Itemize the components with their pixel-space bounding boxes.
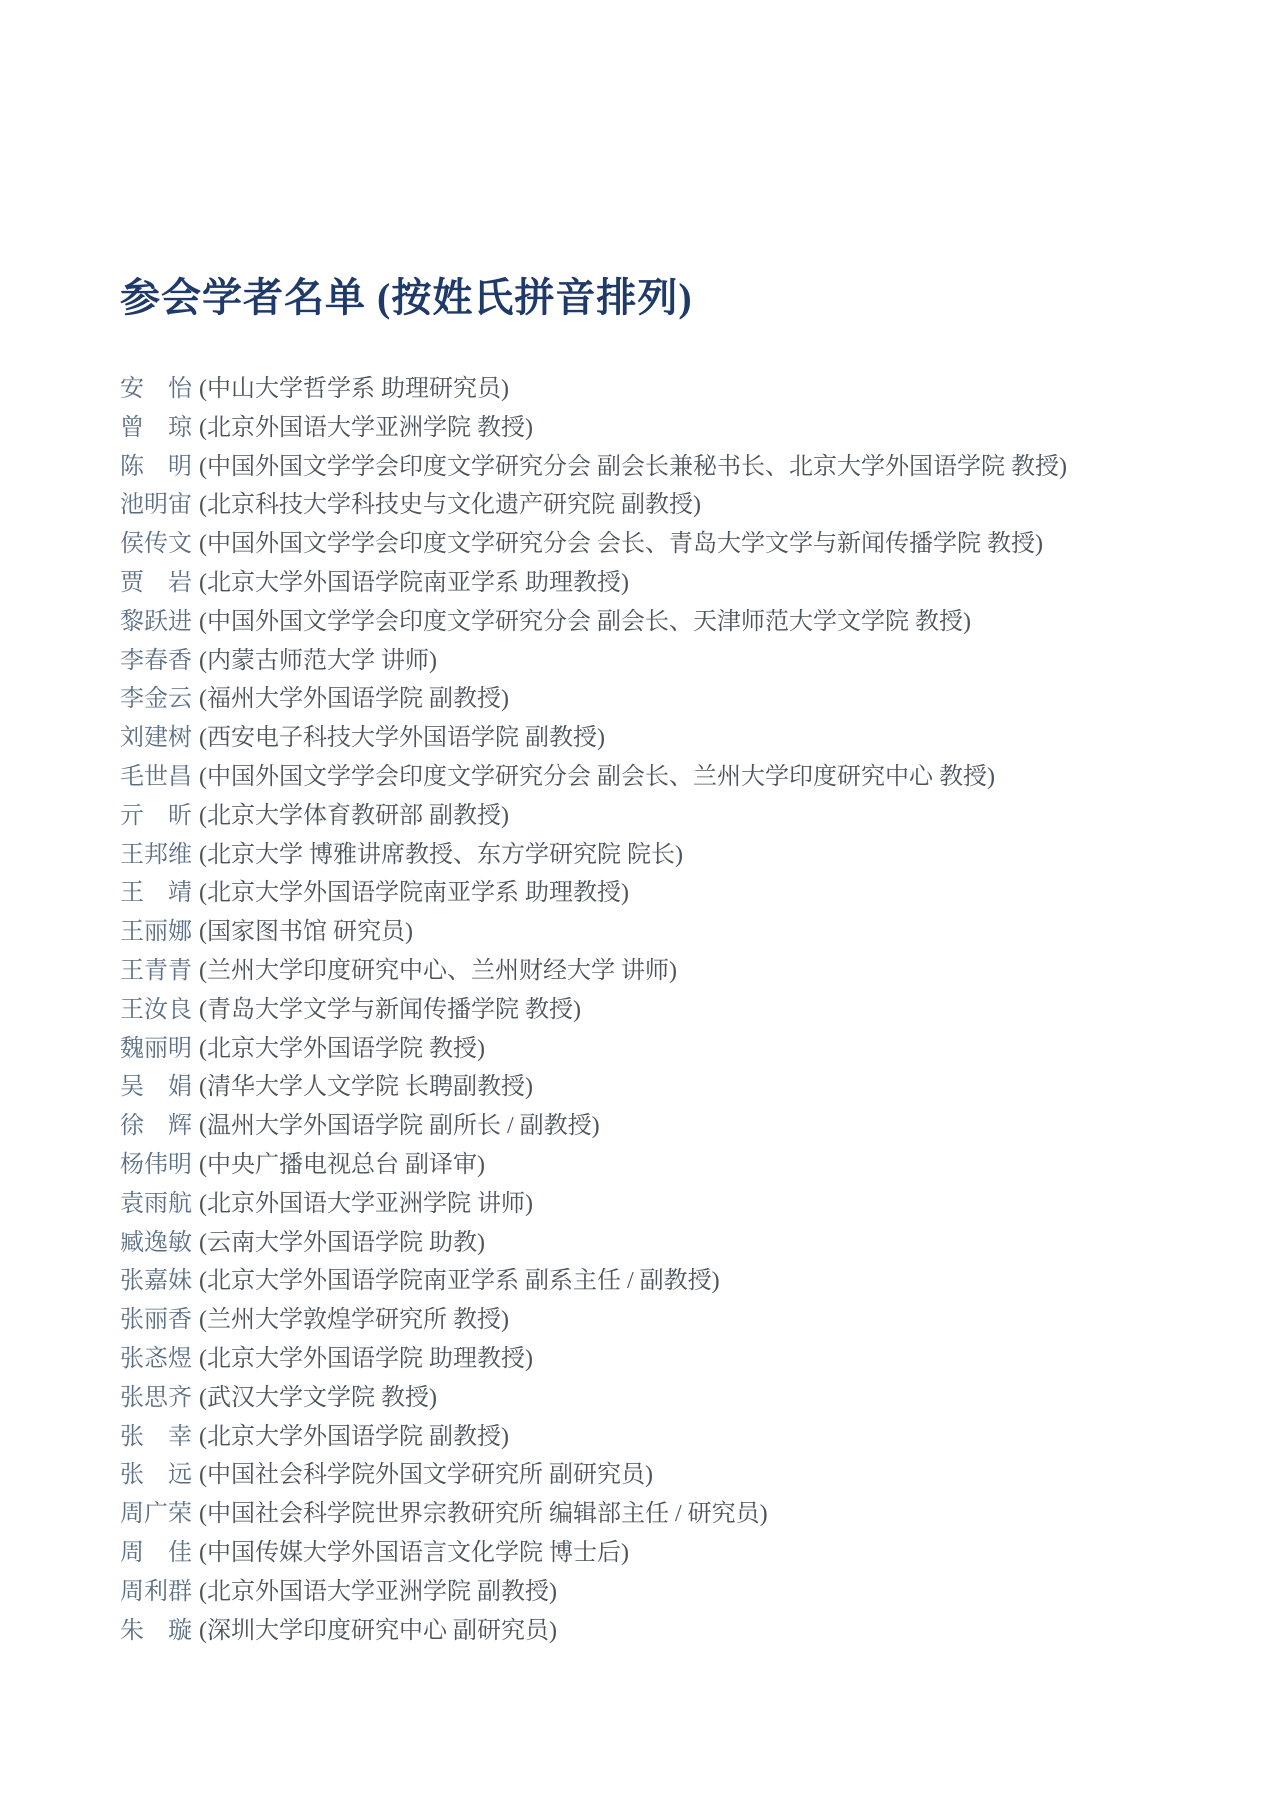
scholar-name: 王汝良 xyxy=(120,991,192,1030)
scholar-name: 王 靖 xyxy=(120,874,192,913)
list-item: 吴 娟(清华大学人文学院 长聘副教授) xyxy=(120,1068,1200,1107)
scholar-affiliation: (国家图书馆 研究员) xyxy=(199,919,413,945)
list-item: 刘建树(西安电子科技大学外国语学院 副教授) xyxy=(120,719,1200,758)
list-item: 王邦维(北京大学 博雅讲席教授、东方学研究院 院长) xyxy=(120,836,1200,875)
scholar-affiliation: (兰州大学敦煌学研究所 教授) xyxy=(199,1307,509,1333)
scholar-affiliation: (中国社会科学院外国文学研究所 副研究员) xyxy=(199,1462,653,1488)
scholar-name: 周 佳 xyxy=(120,1534,192,1573)
list-item: 王丽娜(国家图书馆 研究员) xyxy=(120,913,1200,952)
list-item: 安 怡(中山大学哲学系 助理研究员) xyxy=(120,370,1200,409)
list-item: 李金云(福州大学外国语学院 副教授) xyxy=(120,680,1200,719)
scholar-affiliation: (中山大学哲学系 助理研究员) xyxy=(199,376,509,402)
list-item: 杨伟明(中央广播电视总台 副译审) xyxy=(120,1146,1200,1185)
scholar-affiliation: (中国传媒大学外国语言文化学院 博士后) xyxy=(199,1540,629,1566)
list-item: 侯传文(中国外国文学学会印度文学研究分会 会长、青岛大学文学与新闻传播学院 教授… xyxy=(120,525,1200,564)
list-item: 张丽香(兰州大学敦煌学研究所 教授) xyxy=(120,1301,1200,1340)
scholar-affiliation: (中央广播电视总台 副译审) xyxy=(199,1152,485,1178)
scholar-name: 陈 明 xyxy=(120,448,192,487)
scholar-affiliation: (北京大学外国语学院南亚学系 助理教授) xyxy=(199,880,629,906)
scholar-affiliation: (清华大学人文学院 长聘副教授) xyxy=(199,1074,533,1100)
list-item: 亓 昕(北京大学体育教研部 副教授) xyxy=(120,797,1200,836)
scholar-name: 侯传文 xyxy=(120,525,192,564)
scholar-affiliation: (云南大学外国语学院 助教) xyxy=(199,1230,485,1256)
scholar-name: 徐 辉 xyxy=(120,1107,192,1146)
scholar-affiliation: (内蒙古师范大学 讲师) xyxy=(199,648,437,674)
scholar-name: 王丽娜 xyxy=(120,913,192,952)
list-item: 朱 璇(深圳大学印度研究中心 副研究员) xyxy=(120,1612,1200,1651)
page-title: 参会学者名单 (按姓氏拼音排列) xyxy=(120,272,693,324)
document-page: 参会学者名单 (按姓氏拼音排列) 安 怡(中山大学哲学系 助理研究员)曾 琼(北… xyxy=(0,0,1280,1810)
scholar-affiliation: (西安电子科技大学外国语学院 副教授) xyxy=(199,725,605,751)
scholar-name: 臧逸敏 xyxy=(120,1224,192,1263)
list-item: 王汝良(青岛大学文学与新闻传播学院 教授) xyxy=(120,991,1200,1030)
scholar-affiliation: (中国外国文学学会印度文学研究分会 副会长、兰州大学印度研究中心 教授) xyxy=(199,764,995,790)
scholar-list: 安 怡(中山大学哲学系 助理研究员)曾 琼(北京外国语大学亚洲学院 教授)陈 明… xyxy=(120,370,1200,1650)
scholar-name: 贾 岩 xyxy=(120,564,192,603)
scholar-affiliation: (福州大学外国语学院 副教授) xyxy=(199,686,509,712)
scholar-name: 周利群 xyxy=(120,1573,192,1612)
scholar-affiliation: (中国外国文学学会印度文学研究分会 副会长、天津师范大学文学院 教授) xyxy=(199,609,971,635)
scholar-name: 安 怡 xyxy=(120,370,192,409)
scholar-affiliation: (中国外国文学学会印度文学研究分会 副会长兼秘书长、北京大学外国语学院 教授) xyxy=(199,454,1067,480)
list-item: 张忞煜(北京大学外国语学院 助理教授) xyxy=(120,1340,1200,1379)
scholar-name: 吴 娟 xyxy=(120,1068,192,1107)
scholar-name: 杨伟明 xyxy=(120,1146,192,1185)
scholar-name: 朱 璇 xyxy=(120,1612,192,1651)
scholar-name: 曾 琼 xyxy=(120,409,192,448)
scholar-name: 黎跃进 xyxy=(120,603,192,642)
scholar-affiliation: (温州大学外国语学院 副所长 / 副教授) xyxy=(199,1113,600,1139)
list-item: 李春香(内蒙古师范大学 讲师) xyxy=(120,642,1200,681)
scholar-name: 张思齐 xyxy=(120,1379,192,1418)
scholar-affiliation: (北京外国语大学亚洲学院 讲师) xyxy=(199,1191,533,1217)
list-item: 曾 琼(北京外国语大学亚洲学院 教授) xyxy=(120,409,1200,448)
scholar-name: 袁雨航 xyxy=(120,1185,192,1224)
scholar-name: 王邦维 xyxy=(120,836,192,875)
scholar-affiliation: (中国社会科学院世界宗教研究所 编辑部主任 / 研究员) xyxy=(199,1501,768,1527)
list-item: 周 佳(中国传媒大学外国语言文化学院 博士后) xyxy=(120,1534,1200,1573)
scholar-name: 张 远 xyxy=(120,1456,192,1495)
scholar-affiliation: (北京大学外国语学院南亚学系 副系主任 / 副教授) xyxy=(199,1268,720,1294)
list-item: 贾 岩(北京大学外国语学院南亚学系 助理教授) xyxy=(120,564,1200,603)
scholar-affiliation: (北京大学 博雅讲席教授、东方学研究院 院长) xyxy=(199,842,683,868)
list-item: 张思齐(武汉大学文学院 教授) xyxy=(120,1379,1200,1418)
list-item: 王青青(兰州大学印度研究中心、兰州财经大学 讲师) xyxy=(120,952,1200,991)
list-item: 王 靖(北京大学外国语学院南亚学系 助理教授) xyxy=(120,874,1200,913)
scholar-affiliation: (北京大学外国语学院 助理教授) xyxy=(199,1346,533,1372)
scholar-name: 毛世昌 xyxy=(120,758,192,797)
scholar-affiliation: (北京科技大学科技史与文化遗产研究院 副教授) xyxy=(199,492,701,518)
scholar-name: 亓 昕 xyxy=(120,797,192,836)
list-item: 周利群(北京外国语大学亚洲学院 副教授) xyxy=(120,1573,1200,1612)
list-item: 徐 辉(温州大学外国语学院 副所长 / 副教授) xyxy=(120,1107,1200,1146)
list-item: 魏丽明(北京大学外国语学院 教授) xyxy=(120,1030,1200,1069)
list-item: 张 幸(北京大学外国语学院 副教授) xyxy=(120,1418,1200,1457)
scholar-name: 周广荣 xyxy=(120,1495,192,1534)
scholar-name: 张忞煜 xyxy=(120,1340,192,1379)
scholar-affiliation: (中国外国文学学会印度文学研究分会 会长、青岛大学文学与新闻传播学院 教授) xyxy=(199,531,1043,557)
scholar-name: 王青青 xyxy=(120,952,192,991)
scholar-affiliation: (北京外国语大学亚洲学院 副教授) xyxy=(199,1579,557,1605)
list-item: 张嘉妹(北京大学外国语学院南亚学系 副系主任 / 副教授) xyxy=(120,1262,1200,1301)
list-item: 周广荣(中国社会科学院世界宗教研究所 编辑部主任 / 研究员) xyxy=(120,1495,1200,1534)
list-item: 陈 明(中国外国文学学会印度文学研究分会 副会长兼秘书长、北京大学外国语学院 教… xyxy=(120,448,1200,487)
scholar-affiliation: (北京大学外国语学院 教授) xyxy=(199,1036,485,1062)
scholar-name: 李春香 xyxy=(120,642,192,681)
scholar-affiliation: (北京外国语大学亚洲学院 教授) xyxy=(199,415,533,441)
scholar-affiliation: (深圳大学印度研究中心 副研究员) xyxy=(199,1618,557,1644)
scholar-affiliation: (北京大学外国语学院南亚学系 助理教授) xyxy=(199,570,629,596)
scholar-affiliation: (兰州大学印度研究中心、兰州财经大学 讲师) xyxy=(199,958,677,984)
scholar-name: 李金云 xyxy=(120,680,192,719)
scholar-affiliation: (北京大学外国语学院 副教授) xyxy=(199,1424,509,1450)
list-item: 池明宙(北京科技大学科技史与文化遗产研究院 副教授) xyxy=(120,486,1200,525)
list-item: 张 远(中国社会科学院外国文学研究所 副研究员) xyxy=(120,1456,1200,1495)
list-item: 黎跃进(中国外国文学学会印度文学研究分会 副会长、天津师范大学文学院 教授) xyxy=(120,603,1200,642)
scholar-name: 张嘉妹 xyxy=(120,1262,192,1301)
scholar-name: 张 幸 xyxy=(120,1418,192,1457)
list-item: 臧逸敏(云南大学外国语学院 助教) xyxy=(120,1224,1200,1263)
list-item: 袁雨航(北京外国语大学亚洲学院 讲师) xyxy=(120,1185,1200,1224)
scholar-name: 张丽香 xyxy=(120,1301,192,1340)
scholar-affiliation: (北京大学体育教研部 副教授) xyxy=(199,803,509,829)
scholar-name: 池明宙 xyxy=(120,486,192,525)
scholar-name: 魏丽明 xyxy=(120,1030,192,1069)
scholar-affiliation: (青岛大学文学与新闻传播学院 教授) xyxy=(199,997,581,1023)
scholar-name: 刘建树 xyxy=(120,719,192,758)
list-item: 毛世昌(中国外国文学学会印度文学研究分会 副会长、兰州大学印度研究中心 教授) xyxy=(120,758,1200,797)
scholar-affiliation: (武汉大学文学院 教授) xyxy=(199,1385,437,1411)
